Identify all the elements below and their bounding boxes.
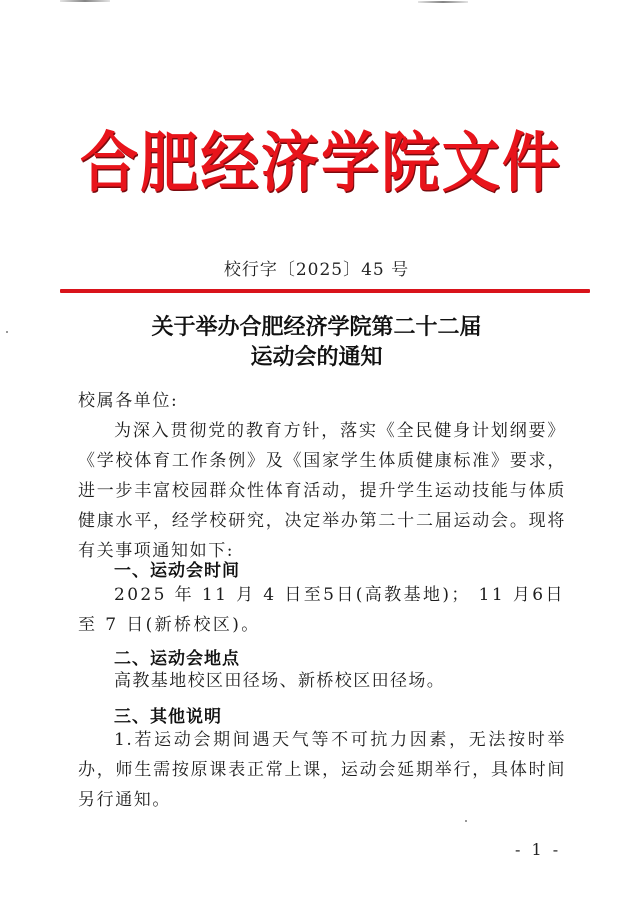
notice-title: 关于举办合肥经济学院第二十二届 运动会的通知	[0, 312, 633, 372]
masthead-char: 文	[442, 118, 500, 208]
intro-paragraph: 为深入贯彻党的教育方针，落实《全民健身计划纲要》《学校体育工作条例》及《国家学生…	[78, 416, 566, 566]
scan-artifact-left	[60, 0, 110, 2]
scan-artifact-right	[418, 1, 468, 3]
section-content-other: 1.若运动会期间遇天气等不可抗力因素，无法按时举办，师生需按原课表正常上课，运动…	[78, 725, 566, 815]
masthead-char: 院	[381, 118, 439, 208]
masthead-char: 肥	[140, 118, 198, 208]
notice-title-line1: 关于举办合肥经济学院第二十二届	[0, 312, 633, 342]
red-divider-rule	[60, 289, 590, 293]
section-content-location: 高教基地校区田径场、新桥校区田径场。	[114, 666, 574, 696]
masthead-char: 经	[201, 118, 259, 208]
masthead-title: 合 肥 经 济 学 院 文 件	[80, 118, 560, 208]
salutation: 校属各单位:	[78, 386, 566, 416]
scan-speck	[465, 820, 467, 822]
notice-title-line2: 运动会的通知	[0, 342, 633, 372]
document-number: 校行字〔2025〕45 号	[0, 255, 633, 280]
page-number: - 1 -	[515, 840, 561, 859]
section-content-time: 2025 年 11 月 4 日至5日(高教基地)； 11 月6日至 7 日(新桥…	[78, 580, 566, 640]
masthead-char: 合	[80, 118, 138, 208]
section-heading-other: 三、其他说明	[114, 702, 222, 727]
section-heading-time: 一、运动会时间	[114, 556, 240, 581]
masthead-char: 学	[321, 118, 379, 208]
masthead-char: 济	[261, 118, 319, 208]
masthead-char: 件	[502, 118, 560, 208]
